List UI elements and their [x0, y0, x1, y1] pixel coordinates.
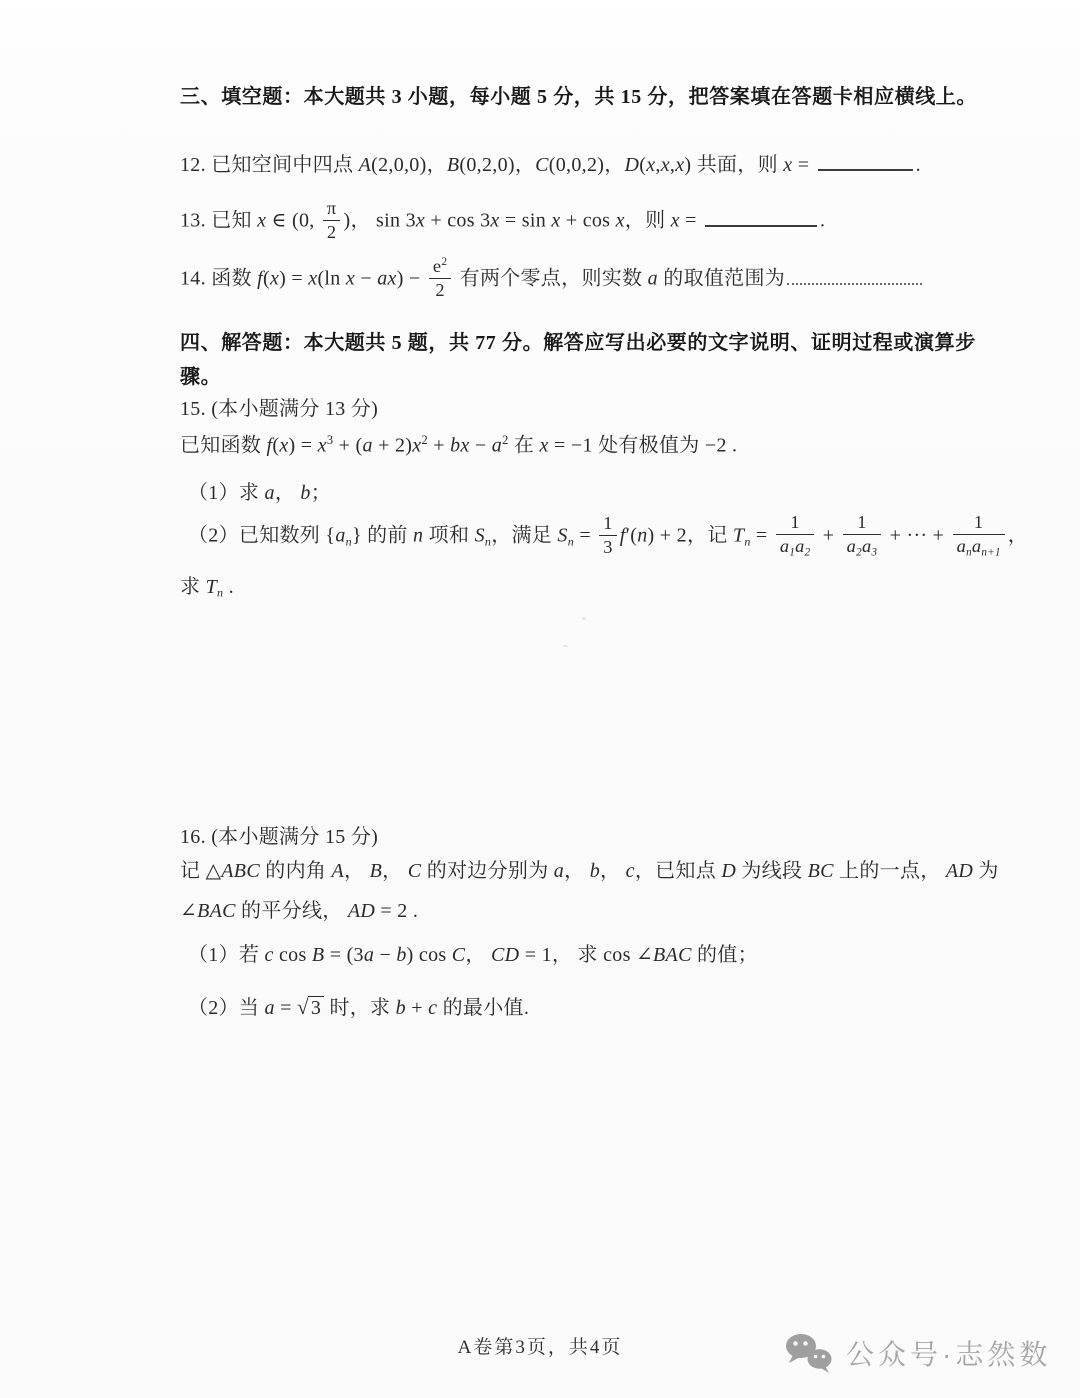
- fraction: 1a1a2: [776, 512, 815, 558]
- question-15-part-2: （2）已知数列 {an} 的前 n 项和 Sn，满足 Sn = 13f′(n) …: [188, 514, 1028, 560]
- fraction: 1a2a3: [843, 512, 882, 558]
- question-16-stem-line-1: 记 △ABC 的内角 A， B， C 的对边分别为 a， b， c，已知点 D …: [180, 858, 999, 884]
- question-16-stem-line-2: ∠BAC 的平分线， AD = 2 .: [180, 898, 418, 924]
- answer-blank: [818, 152, 913, 171]
- question-13: 13. 已知 x ∈ (0, π2)， sin 3x + cos 3x = si…: [180, 200, 825, 244]
- wechat-icon: [784, 1332, 834, 1374]
- answer-blank-dotted: [787, 266, 922, 285]
- question-16-part-1: （1）若 c cos B = (3a − b) cos C， CD = 1， 求…: [188, 942, 758, 968]
- question-15-part-1: （1）求 a， b；: [188, 480, 331, 506]
- square-root: √3: [297, 997, 324, 1019]
- fraction: 1anan+1: [953, 512, 1005, 558]
- exam-content: 三、填空题：本大题共 3 小题，每小题 5 分，共 15 分，把答案填在答题卡相…: [0, 0, 1080, 1398]
- question-15-stem: 已知函数 f(x) = x3 + (a + 2)x2 + bx − a2 在 x…: [180, 432, 737, 458]
- section-4-header-line-1: 四、解答题：本大题共 5 题，共 77 分。解答应写出必要的文字说明、证明过程或…: [180, 330, 976, 356]
- scan-speck: [582, 617, 586, 620]
- answer-blank: [705, 208, 817, 227]
- fraction: π2: [323, 198, 341, 242]
- scanned-exam-page: 三、填空题：本大题共 3 小题，每小题 5 分，共 15 分，把答案填在答题卡相…: [0, 0, 1080, 1398]
- fraction: e22: [429, 256, 451, 300]
- scan-speck: [563, 645, 568, 647]
- fraction: 13: [599, 513, 617, 557]
- section-4-header-line-2: 骤。: [180, 364, 221, 390]
- question-16-part-2: （2）当 a = √3 时，求 b + c 的最小值.: [188, 994, 529, 1021]
- question-15-heading: 15. (本小题满分 13 分): [180, 396, 378, 422]
- question-14: 14. 函数 f(x) = x(ln x − ax) − e22 有两个零点，则…: [180, 258, 924, 302]
- question-12: 12. 已知空间中四点 A(2,0,0)，B(0,2,0)，C(0,0,2)，D…: [180, 152, 921, 178]
- question-16-heading: 16. (本小题满分 15 分): [180, 824, 378, 850]
- question-15-ask: 求 Tn .: [180, 574, 234, 601]
- watermark: 公众号·志然数: [784, 1332, 1051, 1374]
- watermark-text: 公众号·志然数: [846, 1333, 1051, 1373]
- section-3-header: 三、填空题：本大题共 3 小题，每小题 5 分，共 15 分，把答案填在答题卡相…: [180, 84, 977, 110]
